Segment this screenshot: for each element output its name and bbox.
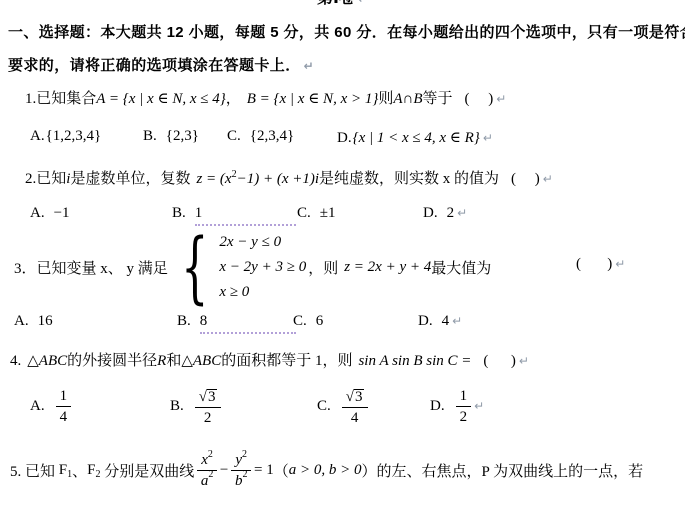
q2-lead: 2.已知 (25, 171, 66, 187)
q4-option-d: D.12↵ (430, 384, 484, 428)
q4-option-d-fraction: 12 (456, 387, 472, 425)
q3-system-line2: x − 2y + 3 ≥ 0 (219, 255, 306, 280)
q3-system-line3: x ≥ 0 (219, 280, 306, 305)
q3-option-d-value: 4 (442, 313, 450, 329)
q5-separator: 、 (72, 460, 87, 481)
q4-c-radicand: 3 (354, 389, 364, 405)
q2-option-d-label: D. (423, 205, 438, 221)
q5-fr1-num-var: x (201, 453, 208, 468)
q3-tail: 最大值为 (431, 257, 491, 278)
q1-option-c-label: C. (227, 128, 241, 144)
q2-option-c-label: C. (297, 205, 311, 221)
q3-option-d: D.4↵ (418, 313, 462, 330)
q3-option-c-value: 6 (316, 313, 324, 329)
q1-option-d: D.{x | 1 < x ≤ 4, x ∈ R}↵ (337, 128, 493, 147)
question-3-stem: 3．已知变量 x、 y 满足 { 2x − y ≤ 0 x − 2y + 3 ≥… (14, 230, 491, 305)
section-header-line2: 要求的，请将正确的选项填涂在答题卡上．↵ (8, 54, 314, 75)
q1-comma: ， (226, 91, 241, 107)
q2-option-b-value: 1 (195, 205, 203, 221)
q5-fr1-denominator: a2 (201, 471, 214, 489)
q5-equals: = 1 (254, 462, 274, 479)
q1-expr: A∩B (393, 91, 422, 107)
q3-option-b-dotted-underline: 8 (200, 313, 296, 334)
q3-option-b-label: B. (177, 313, 191, 329)
q3-lead: 3．已知变量 x、 y 满足 (14, 257, 168, 278)
q4-option-c: C.√34 (317, 384, 368, 428)
q3-option-d-label: D. (418, 313, 433, 329)
q4-mid2: 和 (166, 353, 181, 369)
q5-f2-subscript: 2 (95, 469, 100, 480)
q5-fr2-den-var: b (235, 473, 243, 489)
q3-option-a: A.16 (14, 313, 53, 330)
question-3-options: A.16 B.8 C.6 D.4↵ (0, 313, 685, 335)
q3-system-line1: 2x − y ≤ 0 (219, 230, 306, 255)
question-1-stem: 1.已知集合A = {x | x ∈ N, x ≤ 4}，B = {x | x … (25, 87, 506, 108)
q4-triangle1: △ABC (27, 353, 67, 369)
q1-option-c-value: {2,3,4} (250, 128, 294, 144)
q3-answer-paren-row: ( )↵ (576, 256, 625, 273)
q2-option-c-value: ±1 (320, 205, 336, 221)
question-5-stem: 5. 已知 F1、F2 分别是双曲线x2a2−y2b2= 1（a > 0, b … (10, 441, 643, 499)
q1-option-a: A.{1,2,3,4} (30, 128, 101, 145)
q4-option-c-fraction: √34 (342, 387, 368, 426)
q5-fr1-num-exp: 2 (208, 447, 213, 462)
question-2-stem: 2.已知i是虚数单位，复数z = (x2−1) + (x +1)i是纯虚数，则实… (25, 167, 553, 188)
q5-fr2-num-exp: 2 (242, 447, 247, 462)
q2-answer-paren: ( ) (511, 171, 540, 187)
q5-condition-a: a > 0, (289, 462, 325, 479)
paragraph-mark-icon: ↵ (358, 0, 368, 6)
q2-option-a-label: A. (30, 205, 45, 221)
paragraph-mark-icon: ↵ (496, 92, 506, 106)
q4-option-b: B.√32 (170, 384, 221, 428)
question-4-stem: 4.△ABC的外接圆半径R和△ABC的面积都等于 1，则sin A sin B … (10, 349, 529, 370)
q4-radius: R (157, 353, 166, 369)
exam-document-page: 第Ⅰ卷↵ 一、选择题：本大题共 12 小题，每题 5 分，共 60 分．在每小题… (0, 0, 685, 516)
q5-fraction-2: y2b2 (231, 451, 251, 489)
q4-option-d-label: D. (430, 398, 445, 415)
q4-a-numerator: 1 (56, 387, 72, 407)
q4-option-c-label: C. (317, 398, 331, 415)
q4-b-radicand: 3 (207, 389, 217, 405)
q1-option-b-value: {2,3} (166, 128, 199, 144)
q1-option-b: B.{2,3} (143, 128, 199, 145)
q4-mid1: 的外接圆半径 (67, 353, 157, 369)
q2-mid1: 是虚数单位，复数 (70, 171, 190, 187)
q2-z-part2: −1) + (x +1)i (237, 171, 319, 187)
q1-set-b: B = {x | x ∈ N, x > 1} (247, 91, 379, 107)
q5-fr2-numerator: y2 (231, 451, 251, 471)
paragraph-mark-icon: ↵ (304, 59, 314, 73)
q4-d-numerator: 1 (456, 387, 472, 407)
q4-option-a-label: A. (30, 398, 45, 415)
q4-option-b-label: B. (170, 398, 184, 415)
q2-option-b-dotted-underline: 1 (195, 205, 296, 226)
q5-f1: F (59, 462, 67, 479)
q1-option-d-value: {x | 1 < x ≤ 4, x ∈ R} (353, 130, 480, 146)
q4-answer-paren: ( ) (483, 353, 516, 369)
paragraph-mark-icon: ↵ (474, 399, 484, 413)
q5-fr1-den-exp: 2 (208, 467, 213, 483)
paragraph-mark-icon: ↵ (519, 354, 529, 368)
q3-expr: z = 2x + y + 4 (344, 259, 431, 276)
q4-option-a-fraction: 14 (56, 387, 72, 425)
q2-option-c: C.±1 (297, 205, 336, 222)
q2-option-a-value: −1 (54, 205, 70, 221)
q5-mid1: 分别是双曲线 (100, 460, 194, 481)
q5-cond-open-paren: （ (274, 460, 289, 481)
q3-option-c: C.6 (293, 313, 323, 330)
q4-a-denominator: 4 (60, 407, 68, 425)
question-4-options: A.14 B.√32 C.√34 D.12↵ (0, 384, 685, 428)
q5-fr1-numerator: x2 (197, 451, 217, 471)
q5-f2: F (87, 462, 95, 479)
q2-option-b-label: B. (172, 205, 186, 221)
q5-f1-subscript: 1 (67, 469, 72, 480)
paragraph-mark-icon: ↵ (457, 206, 467, 220)
q2-mid2: 是纯虚数，则实数 x 的值为 (319, 171, 499, 187)
q3-comma: ，则 (308, 257, 338, 278)
q2-option-a: A.−1 (30, 205, 70, 222)
q5-lead: 5. 已知 (10, 460, 59, 481)
q1-set-a: A = {x | x ∈ N, x ≤ 4} (96, 91, 225, 107)
radical-sign: √ (346, 390, 354, 405)
q3-answer-paren: ( ) (576, 256, 612, 272)
q4-b-numerator: √3 (195, 387, 221, 408)
paragraph-mark-icon: ↵ (452, 314, 462, 328)
q1-option-c: C.{2,3,4} (227, 128, 294, 145)
q1-option-b-label: B. (143, 128, 157, 144)
q4-option-a: A.14 (30, 384, 71, 428)
q5-fr2-den-exp: 2 (242, 467, 247, 483)
q4-c-denominator: 4 (351, 408, 359, 426)
q5-fr1-den-var: a (201, 473, 209, 489)
question-1-options: A.{1,2,3,4} B.{2,3} C.{2,3,4} D.{x | 1 <… (0, 128, 685, 150)
q1-option-a-value: {1,2,3,4} (46, 128, 102, 144)
q1-option-d-label: D. (337, 130, 352, 146)
q4-triangle2: △ABC (181, 353, 221, 369)
q5-condition-b: b > 0 (325, 462, 361, 479)
radical-sign: √ (199, 390, 207, 405)
q3-option-a-label: A. (14, 313, 29, 329)
q4-expr: sin A sin B sin C = (358, 353, 471, 369)
left-brace-glyph: { (181, 233, 208, 303)
q3-option-c-label: C. (293, 313, 307, 329)
section-header-line1: 一、选择题：本大题共 12 小题，每题 5 分，共 60 分．在每小题给出的四个… (8, 21, 685, 42)
q3-option-a-value: 16 (38, 313, 53, 329)
q1-then: 则 (378, 91, 393, 107)
q5-cond-close-paren: ） (362, 460, 377, 481)
q4-c-numerator: √3 (342, 387, 368, 408)
q5-fr2-denominator: b2 (235, 471, 248, 489)
q3-option-b-value: 8 (200, 313, 208, 329)
q5-fraction-1: x2a2 (197, 451, 217, 489)
q5-fr2-num-var: y (235, 453, 242, 468)
page-title-text: 第Ⅰ卷 (317, 0, 355, 7)
q4-d-denominator: 2 (460, 407, 468, 425)
q4-lead: 4. (10, 353, 21, 369)
q4-option-b-fraction: √32 (195, 387, 221, 426)
section-header-line2-text: 要求的，请将正确的选项填涂在答题卡上． (8, 57, 301, 74)
question-2-options: A.−1 B.1 C.±1 D.2↵ (0, 205, 685, 227)
q4-mid3: 的面积都等于 1，则 (221, 353, 352, 369)
q2-option-d: D.2↵ (423, 205, 467, 222)
q3-inequality-system: 2x − y ≤ 0 x − 2y + 3 ≥ 0 x ≥ 0 (219, 230, 306, 305)
paragraph-mark-icon: ↵ (483, 131, 493, 145)
q3-option-b: B.8 (177, 313, 296, 334)
q5-minus: − (220, 462, 228, 479)
q2-exponent: 2 (232, 169, 237, 180)
q4-b-denominator: 2 (204, 408, 212, 426)
paragraph-mark-icon: ↵ (543, 172, 553, 186)
q1-option-a-label: A. (30, 128, 45, 144)
q5-tail: 的左、右焦点，P 为双曲线上的一点，若 (377, 460, 644, 481)
q1-answer-paren: ( ) (465, 91, 494, 107)
q2-z-part1: z = (x (196, 171, 231, 187)
paragraph-mark-icon: ↵ (615, 257, 625, 271)
page-title: 第Ⅰ卷↵ (0, 0, 685, 8)
q1-lead: 1.已知集合 (25, 91, 96, 107)
q1-tail: 等于 (423, 91, 453, 107)
q2-option-d-value: 2 (447, 205, 455, 221)
